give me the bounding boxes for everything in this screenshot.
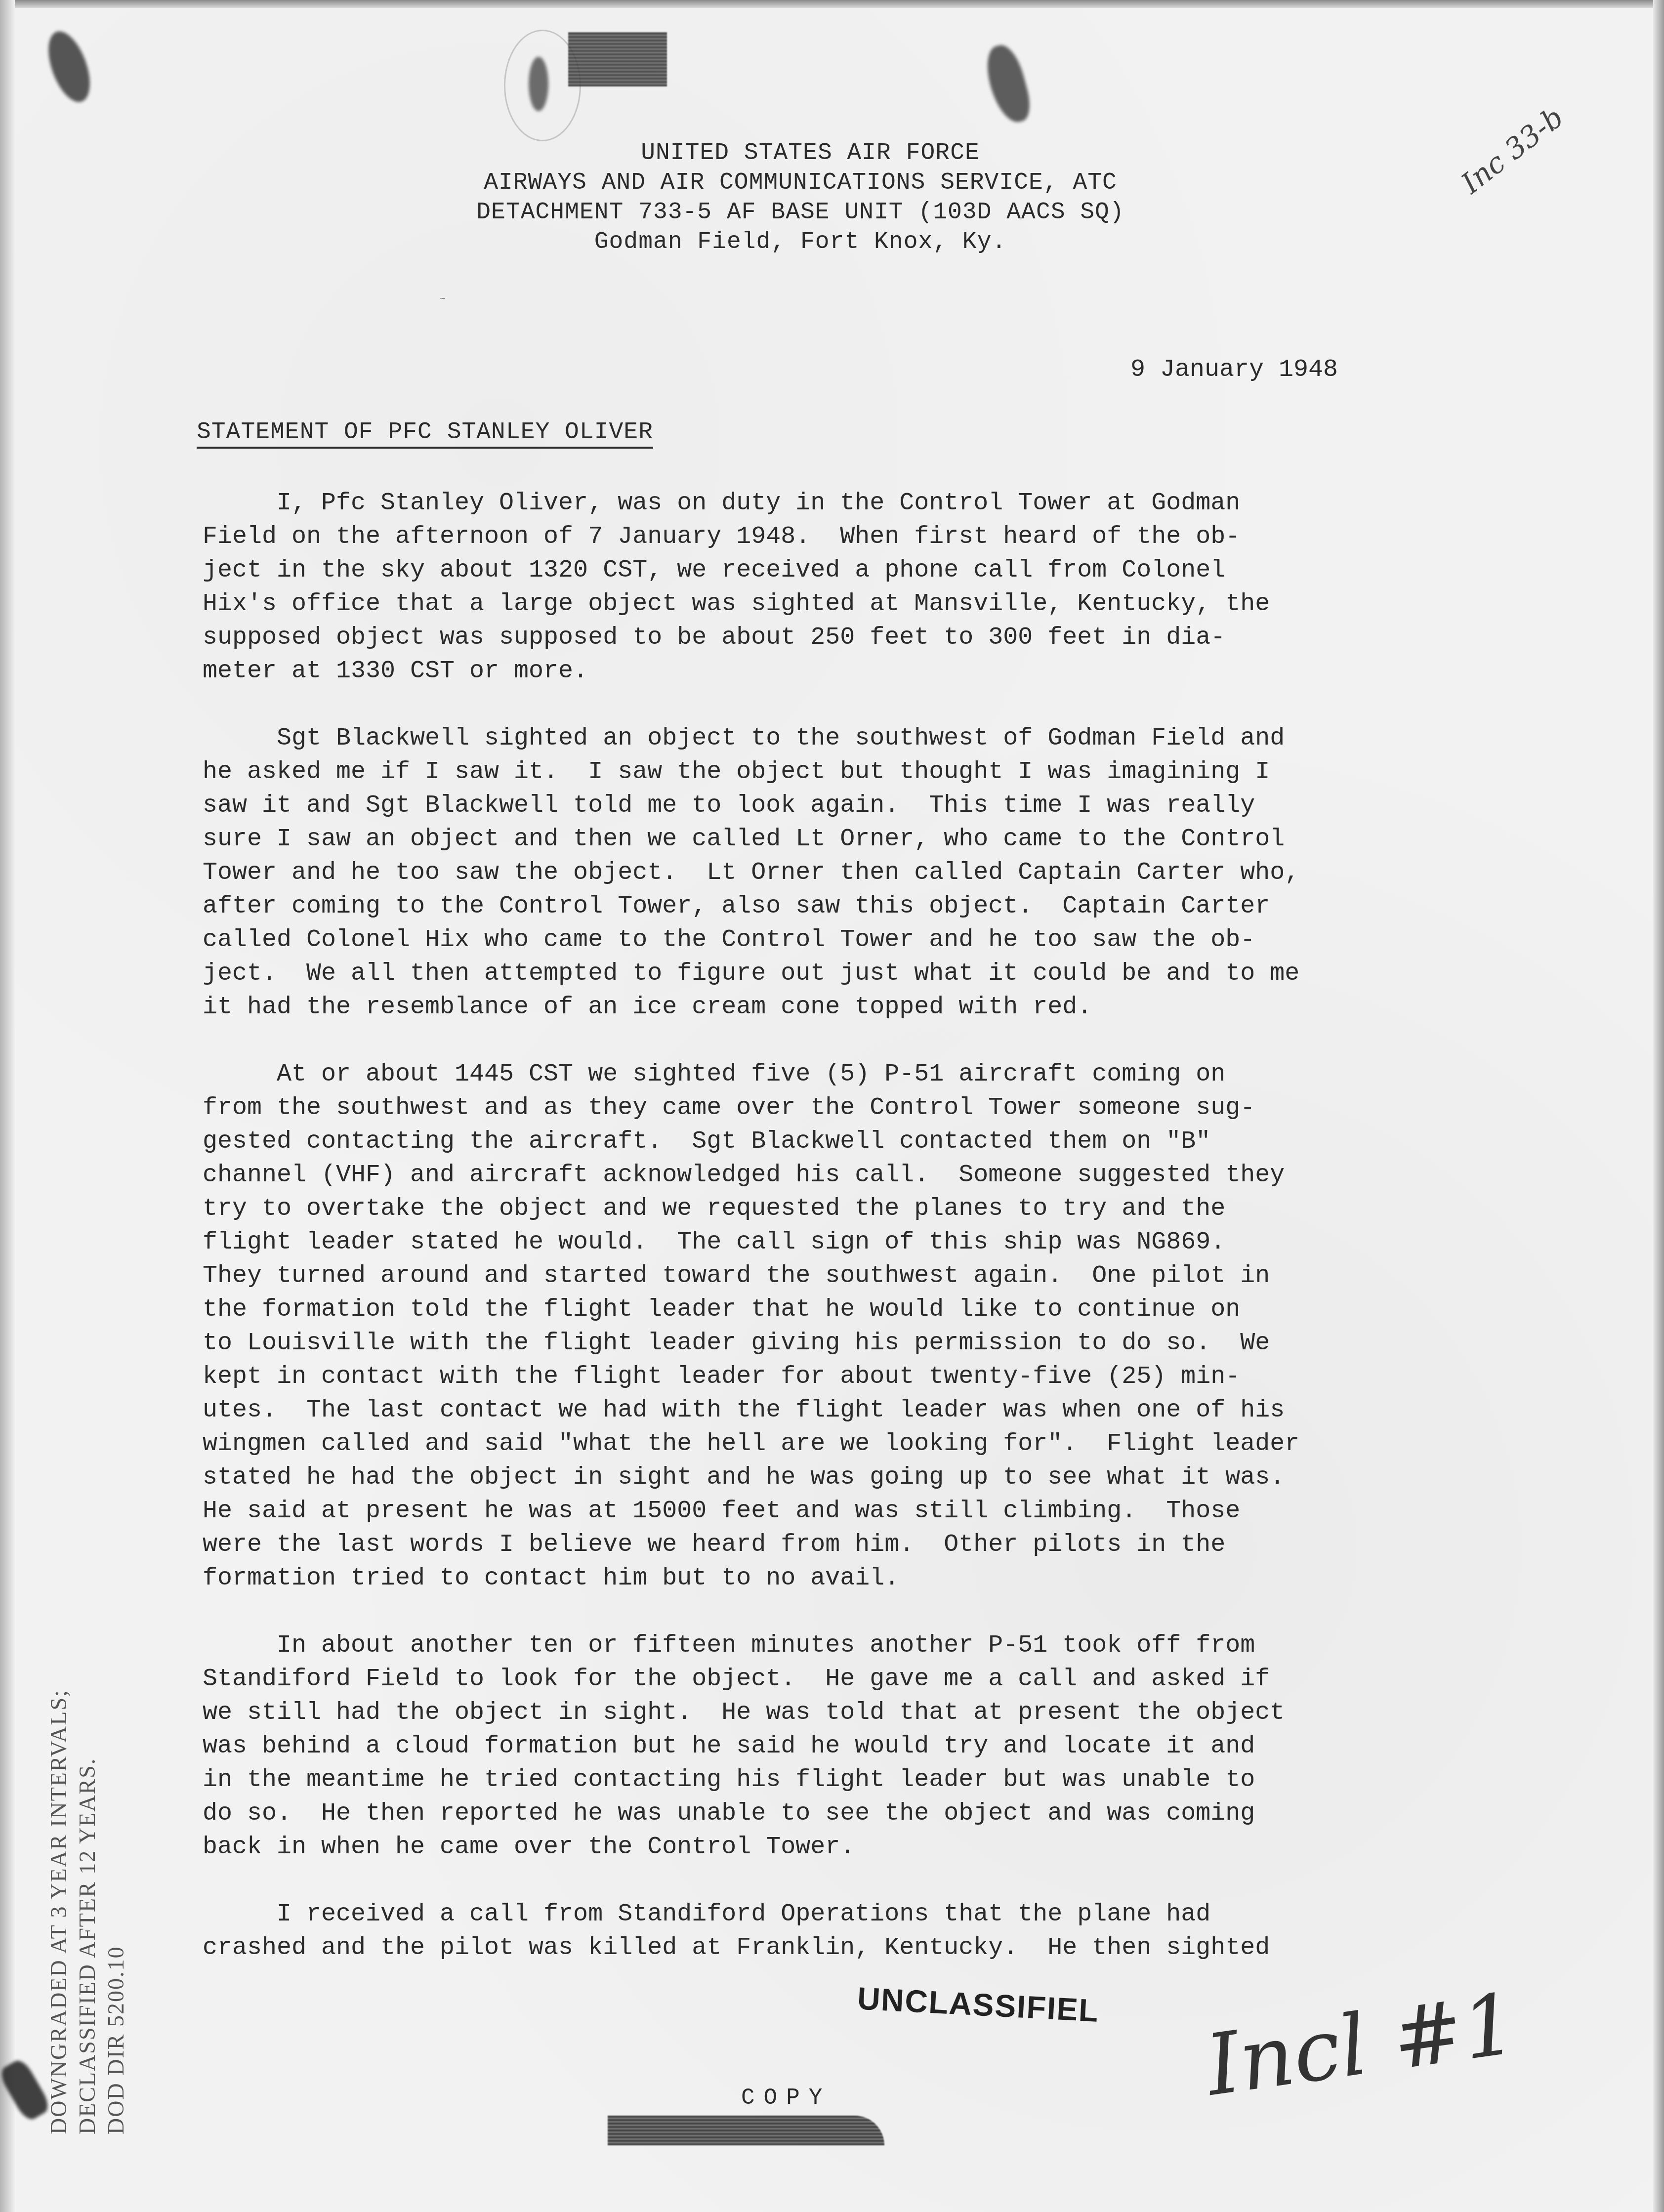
text-line: to Louisville with the flight leader giv… <box>203 1327 1527 1360</box>
text-line: ject. We all then attempted to figure ou… <box>203 957 1527 991</box>
text-line: Hix's office that a large object was sig… <box>203 587 1527 621</box>
text-line: wingmen called and said "what the hell a… <box>203 1427 1527 1461</box>
document-date: 9 January 1948 <box>1130 356 1338 384</box>
letterhead: UNITED STATES AIR FORCE AIRWAYS AND AIR … <box>405 138 1196 257</box>
text-line: called Colonel Hix who came to the Contr… <box>203 923 1527 957</box>
text-line: it had the resemblance of an ice cream c… <box>203 991 1527 1024</box>
scan-right-edge <box>1653 0 1664 2212</box>
text-line: stated he had the object in sight and he… <box>203 1461 1527 1495</box>
text-line: He said at present he was at 15000 feet … <box>203 1495 1527 1528</box>
letterhead-line: UNITED STATES AIR FORCE <box>405 138 1196 168</box>
handwritten-annotation-top: Inc 33-b <box>1455 100 1570 200</box>
punch-hole-blot <box>529 57 548 111</box>
document-page: UNITED STATES AIR FORCE AIRWAYS AND AIR … <box>0 0 1664 2212</box>
text-line: ject in the sky about 1320 CST, we recei… <box>203 554 1527 587</box>
punch-hole-blot <box>40 26 98 108</box>
text-line: Standiford Field to look for the object.… <box>203 1663 1527 1696</box>
text-line: sure I saw an object and then we called … <box>203 823 1527 856</box>
redacted-classification-bottom <box>608 2116 884 2145</box>
text-line: meter at 1330 CST or more. <box>203 655 1527 688</box>
paragraph: I received a call from Standiford Operat… <box>203 1898 1527 1965</box>
paragraph: I, Pfc Stanley Oliver, was on duty in th… <box>203 487 1527 688</box>
text-line: channel (VHF) and aircraft acknowledged … <box>203 1159 1527 1192</box>
stamp-line: DOD DIR 5200.10 <box>102 1517 130 2134</box>
copy-label: COPY <box>741 2085 831 2111</box>
stray-mark: ~ <box>440 294 446 305</box>
text-line: was behind a cloud formation but he said… <box>203 1730 1527 1763</box>
text-line: flight leader stated he would. The call … <box>203 1226 1527 1259</box>
document-subject: STATEMENT OF PFC STANLEY OLIVER <box>197 419 653 449</box>
letterhead-line: DETACHMENT 733-5 AF BASE UNIT (103D AACS… <box>405 198 1196 227</box>
text-line: formation tried to contact him but to no… <box>203 1562 1527 1595</box>
paragraph: At or about 1445 CST we sighted five (5)… <box>203 1058 1527 1595</box>
text-line: They turned around and started toward th… <box>203 1259 1527 1293</box>
text-line: Sgt Blackwell sighted an object to the s… <box>203 722 1527 755</box>
text-line: try to overtake the object and we reques… <box>203 1192 1527 1226</box>
text-line: from the southwest and as they came over… <box>203 1091 1527 1125</box>
text-line: utes. The last contact we had with the f… <box>203 1394 1527 1427</box>
paragraph: Sgt Blackwell sighted an object to the s… <box>203 722 1527 1024</box>
scan-top-edge <box>0 0 1664 8</box>
text-line: saw it and Sgt Blackwell told me to look… <box>203 789 1527 823</box>
text-line: gested contacting the aircraft. Sgt Blac… <box>203 1125 1527 1159</box>
letterhead-line: Godman Field, Fort Knox, Ky. <box>405 227 1196 257</box>
text-line: we still had the object in sight. He was… <box>203 1696 1527 1730</box>
text-line: do so. He then reported he was unable to… <box>203 1797 1527 1831</box>
text-line: Field on the afternoon of 7 January 1948… <box>203 520 1527 554</box>
text-line: I, Pfc Stanley Oliver, was on duty in th… <box>203 487 1527 520</box>
declassification-stamp: DOWNGRADED AT 3 YEAR INTERVALS; DECLASSI… <box>44 1517 130 2134</box>
stamp-line: DOWNGRADED AT 3 YEAR INTERVALS; <box>44 1517 73 2134</box>
text-line: were the last words I believe we heard f… <box>203 1528 1527 1562</box>
text-line: I received a call from Standiford Operat… <box>203 1898 1527 1931</box>
statement-body: I, Pfc Stanley Oliver, was on duty in th… <box>203 487 1527 1999</box>
text-line: At or about 1445 CST we sighted five (5)… <box>203 1058 1527 1091</box>
text-line: kept in contact with the flight leader f… <box>203 1360 1527 1394</box>
text-line: he asked me if I saw it. I saw the objec… <box>203 755 1527 789</box>
text-line: In about another ten or fifteen minutes … <box>203 1629 1527 1663</box>
redacted-classification-top <box>568 32 667 86</box>
text-line: in the meantime he tried contacting his … <box>203 1763 1527 1797</box>
text-line: the formation told the flight leader tha… <box>203 1293 1527 1327</box>
text-line: supposed object was supposed to be about… <box>203 621 1527 655</box>
scan-left-edge <box>0 0 15 2212</box>
text-line: after coming to the Control Tower, also … <box>203 890 1527 923</box>
text-line: Tower and he too saw the object. Lt Orne… <box>203 856 1527 890</box>
text-line: back in when he came over the Control To… <box>203 1831 1527 1864</box>
letterhead-line: AIRWAYS AND AIR COMMUNICATIONS SERVICE, … <box>405 168 1196 198</box>
stamp-line: DECLASSIFIED AFTER 12 YEARS. <box>73 1517 102 2134</box>
paragraph: In about another ten or fifteen minutes … <box>203 1629 1527 1864</box>
punch-hole-blot <box>981 42 1035 127</box>
text-line: crashed and the pilot was killed at Fran… <box>203 1931 1527 1965</box>
